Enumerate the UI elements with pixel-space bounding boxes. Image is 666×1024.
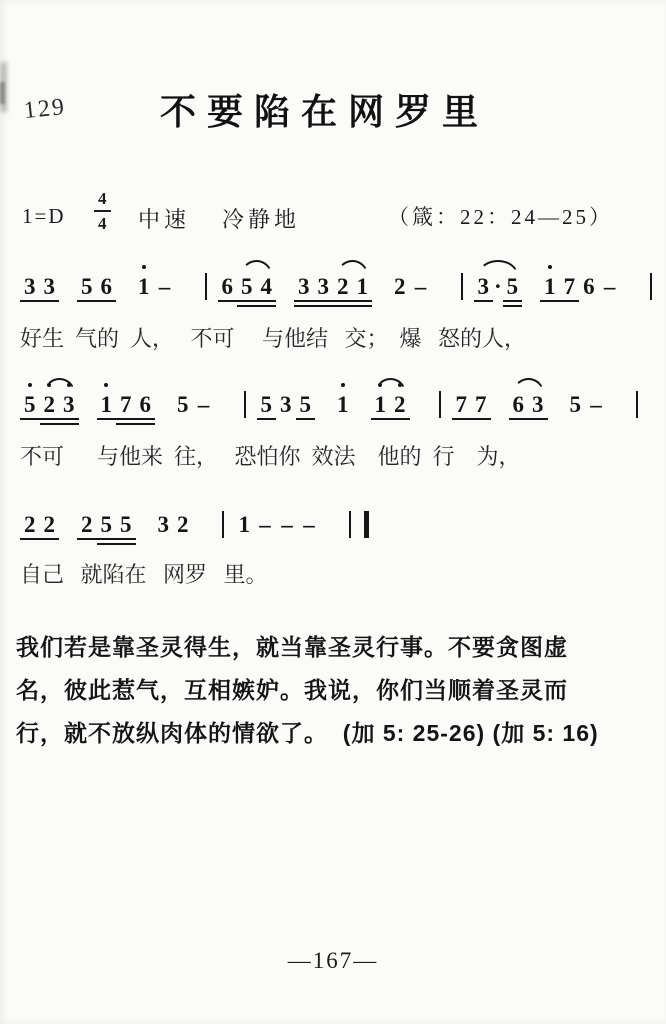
beam-group: 255	[77, 496, 136, 540]
note: 1	[235, 496, 255, 540]
dash-note: –	[585, 376, 607, 420]
note: 3	[314, 258, 334, 302]
note: 7	[471, 376, 491, 420]
note: 3	[20, 258, 40, 302]
time-signature-numerator: 4	[94, 190, 111, 212]
note: 5	[257, 376, 277, 420]
beam-group: 1	[333, 376, 353, 420]
slur: 54	[237, 258, 276, 302]
note: 1	[540, 258, 560, 302]
beam-group: 176–	[540, 258, 621, 302]
beam-group: 523	[20, 376, 79, 420]
dash-note: –	[298, 496, 320, 540]
note: 3	[276, 376, 296, 420]
note: 2	[333, 258, 353, 302]
note: 2	[173, 496, 193, 540]
note: 1	[333, 376, 353, 420]
note: 5	[237, 258, 257, 302]
dash-note: –	[276, 496, 298, 540]
note: 4	[257, 258, 277, 302]
passage-line: 名，彼此惹气，互相嫉妒。我说，你们当顺着圣灵而	[16, 669, 654, 712]
dash-note: –	[154, 258, 176, 302]
note: 2	[390, 376, 410, 420]
note: 3	[59, 376, 79, 420]
beam-group: 56	[77, 258, 116, 302]
note: 1	[353, 258, 373, 302]
note: 2	[390, 258, 410, 302]
beam-group: 535	[257, 376, 316, 420]
lyric-line-3: 自己 就陷在 网罗 里。	[20, 558, 268, 589]
key-signature: 1=D	[22, 204, 66, 229]
music-line-1: 33561–65433212–3·5176–	[20, 258, 663, 302]
note: 2	[40, 376, 60, 420]
octave-dot	[341, 383, 345, 387]
note: ·	[493, 258, 503, 302]
octave-dot	[67, 383, 71, 387]
note: 7	[560, 258, 580, 302]
note: 5	[503, 258, 523, 302]
octave-dot	[47, 383, 51, 387]
lyric-line-2: 不可 与他来 往， 恐怕你 效法 他的 行 为，	[20, 440, 521, 471]
note: 5	[20, 376, 40, 420]
barline	[349, 511, 351, 538]
note: 5	[296, 376, 316, 420]
note: 1	[134, 258, 154, 302]
dash-note: –	[254, 496, 276, 540]
scanned-hymn-page: 129 不要陷在网罗里 1=D 4 4 中速 冷静地 （箴：22：24—25） …	[0, 0, 666, 1024]
scan-smudge-dark	[0, 82, 5, 104]
note: 5	[97, 496, 117, 540]
barline	[222, 511, 224, 538]
music-line-3: 22255321–––	[20, 496, 380, 540]
note: 6	[97, 258, 117, 302]
page-number-footer: —167—	[0, 948, 666, 974]
barline	[461, 273, 463, 300]
time-signature: 4 4	[94, 190, 111, 232]
passage-line: 我们若是靠圣灵得生，就当靠圣灵行事。不要贪图虚	[16, 626, 654, 669]
octave-dot	[142, 265, 146, 269]
octave-dot	[378, 383, 382, 387]
beam-group: 1–––	[235, 496, 321, 540]
passage-line: 行，就不放纵肉体的情欲了。 (加 5: 25-26) (加 5: 16)	[16, 712, 654, 755]
mood-marking: 冷静地	[222, 203, 300, 234]
beam-group: 3·5	[474, 258, 523, 302]
note: 3	[474, 258, 494, 302]
lyric-line-1: 好生 气的 人， 不可 与他结 交； 爆 怒的人，	[20, 322, 526, 353]
octave-dot	[104, 383, 108, 387]
beam-group: 2–	[390, 258, 432, 302]
barline	[244, 391, 246, 418]
slur: 23	[40, 376, 79, 420]
beam-group: 32	[154, 496, 193, 540]
tempo-marking: 中速	[138, 203, 190, 234]
slur: 21	[333, 258, 372, 302]
beam-group: 1–	[134, 258, 176, 302]
music-line-2: 5231765–53511277635–	[20, 376, 649, 420]
dash-note: –	[599, 258, 621, 302]
octave-dot	[548, 265, 552, 269]
note: 5	[116, 496, 136, 540]
note: 3	[40, 258, 60, 302]
time-signature-denominator: 4	[94, 212, 111, 232]
note: 2	[20, 496, 40, 540]
hymn-title: 不要陷在网罗里	[160, 84, 489, 135]
note: 7	[116, 376, 136, 420]
scripture-passage: 我们若是靠圣灵得生，就当靠圣灵行事。不要贪图虚名，彼此惹气，互相嫉妒。我说，你们…	[16, 626, 654, 755]
note: 1	[371, 376, 391, 420]
note: 3	[294, 258, 314, 302]
slur: 12	[371, 376, 410, 420]
note: 7	[452, 376, 472, 420]
note: 6	[509, 376, 529, 420]
barline	[439, 391, 441, 418]
note: 2	[77, 496, 97, 540]
beam-group: 176	[97, 376, 156, 420]
beam-group: 654	[218, 258, 277, 302]
barline	[636, 391, 638, 418]
note: 6	[136, 376, 156, 420]
note: 6	[218, 258, 238, 302]
scripture-reference: （箴：22：24—25）	[388, 201, 613, 231]
note: 5	[77, 258, 97, 302]
hymn-number: 129	[23, 94, 68, 125]
note: 1	[97, 376, 117, 420]
octave-dot	[28, 383, 32, 387]
beam-group: 5–	[173, 376, 215, 420]
barline	[205, 273, 207, 300]
note: 6	[579, 258, 599, 302]
beam-group: 77	[452, 376, 491, 420]
note: 3	[154, 496, 174, 540]
note: 2	[40, 496, 60, 540]
dash-note: –	[410, 258, 432, 302]
barline	[650, 273, 652, 300]
slur: 63	[509, 376, 548, 420]
slur: 3·5	[474, 258, 523, 302]
beam-group: 3321	[294, 258, 372, 302]
note: 5	[566, 376, 586, 420]
note: 3	[528, 376, 548, 420]
beam-group: 12	[371, 376, 410, 420]
beam-group: 5–	[566, 376, 608, 420]
final-barline	[364, 511, 369, 538]
beam-group: 33	[20, 258, 59, 302]
note: 5	[173, 376, 193, 420]
beam-group: 22	[20, 496, 59, 540]
dash-note: –	[193, 376, 215, 420]
octave-dot	[398, 383, 402, 387]
beam-group: 63	[509, 376, 548, 420]
